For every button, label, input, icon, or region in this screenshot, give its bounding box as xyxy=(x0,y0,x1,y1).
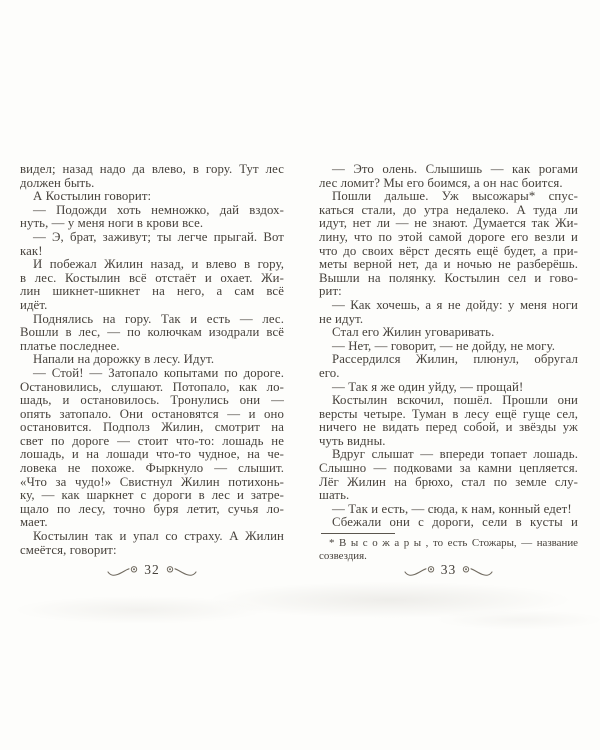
right-page-text: — Это олень. Слышишь — как рогамилес лом… xyxy=(319,163,578,530)
text-line: — Так я же один уйду, — прощай! xyxy=(319,381,578,395)
text-line: «Что за чудо!» Свистнул Жилин потихонь- xyxy=(20,476,284,490)
text-line: Слышно — подковами за камни цепляется. xyxy=(319,462,578,476)
text-line: Лёг Жилин на брюхо, стал по земле слу- xyxy=(319,476,578,490)
text-line: — Так и есть, — сюда, к нам, конный едет… xyxy=(319,503,578,517)
text-line: остановится. Подполз Жилин, смотрит на xyxy=(20,421,284,435)
text-line: Костылин вскочил, пошёл. Прошли они xyxy=(319,394,578,408)
text-line: — Это олень. Слышишь — как рогами xyxy=(319,163,578,177)
text-line: рит: xyxy=(319,285,578,299)
text-line: А Костылин говорит: xyxy=(20,190,284,204)
text-line: в лес. Костылин всё отстаёт и охает. Жи- xyxy=(20,272,284,286)
page-number: 33 xyxy=(440,563,458,577)
text-line: мает. xyxy=(20,516,284,530)
text-line: шадь, и остановилось. Тронулись они — xyxy=(20,394,284,408)
text-line: Вышли на полянку. Костылин сел и гово- xyxy=(319,272,578,286)
text-line: Напали на дорожку в лесу. Идут. xyxy=(20,353,284,367)
text-line: идут, нет ли — не знают. Думается так Жи… xyxy=(319,217,578,231)
text-line: Пошли дальше. Уж высожары* спус- xyxy=(319,190,578,204)
text-line: свет по дороге — стоит что-то: лошадь не xyxy=(20,435,284,449)
footnote-separator-rule xyxy=(321,533,395,534)
scan-noise-texture xyxy=(0,575,600,665)
text-line: — Стой! — Затопало копытами по дороге. xyxy=(20,367,284,381)
text-line: его. xyxy=(319,367,578,381)
text-line: Сбежали они с дороги, сели в кусты и xyxy=(319,516,578,530)
footer-flourish-right-icon xyxy=(459,563,493,577)
page-number: 32 xyxy=(143,563,161,577)
text-line: версты четыре. Туман в лесу ещё гуще сел… xyxy=(319,408,578,422)
text-line: меты верной нет, да и ночью не разберёшь… xyxy=(319,258,578,272)
text-line: Вдруг слышат — впереди топает лошадь. xyxy=(319,448,578,462)
text-line: видел; назад надо да влево, в гору. Тут … xyxy=(20,163,284,177)
text-line: платье последнее. xyxy=(20,340,284,354)
text-line: Рассердился Жилин, плюнул, обругал xyxy=(319,353,578,367)
text-line: шать. xyxy=(319,489,578,503)
text-line: Стал его Жилин уговаривать. xyxy=(319,326,578,340)
text-line: щало по лесу, точно буря летит, сучья ло… xyxy=(20,503,284,517)
right-page-footer: 33 xyxy=(319,560,578,580)
text-line: ловека не похоже. Фыркнуло — слышит. xyxy=(20,462,284,476)
text-line: — Как хочешь, а я не дойду: у меня ноги xyxy=(319,299,578,313)
left-page: видел; назад надо да влево, в гору. Тут … xyxy=(20,163,284,557)
text-line: лину, что по этой самой дороге его везли… xyxy=(319,231,578,245)
footnote-text: * В ы с о ж а р ы , то есть Стожары, — н… xyxy=(319,537,578,562)
text-line: нуть, — у меня ноги в крови все. xyxy=(20,217,284,231)
text-line: — Э, брат, заживут; ты легче прыгай. Вот xyxy=(20,231,284,245)
text-line: смеётся, говорит: xyxy=(20,544,284,558)
footer-flourish-left-icon xyxy=(404,563,438,577)
left-page-text: видел; назад надо да влево, в гору. Тут … xyxy=(20,163,284,557)
text-line: Остановились, слушают. Потопало, как ло- xyxy=(20,381,284,395)
text-line: не идут. xyxy=(319,313,578,327)
text-line: что до своих вёрст десять ещё будет, а п… xyxy=(319,245,578,259)
text-line: И побежал Жилин назад, и влево в гору, xyxy=(20,258,284,272)
text-line: — Нет, — говорит, — не дойду, не могу. xyxy=(319,340,578,354)
text-line: — Подожди хоть немножко, дай вздох- xyxy=(20,204,284,218)
text-line: идёт. xyxy=(20,299,284,313)
text-line: должен быть. xyxy=(20,177,284,191)
footnote: * В ы с о ж а р ы , то есть Стожары, — н… xyxy=(319,533,578,562)
text-line: чуть видны. xyxy=(319,435,578,449)
text-line: * В ы с о ж а р ы , то есть Стожары, — н… xyxy=(319,537,578,550)
text-line: Поднялись на гору. Так и есть — лес. xyxy=(20,313,284,327)
text-line: ку, — как шаркнет с дороги в лес и затре… xyxy=(20,489,284,503)
footer-flourish-right-icon xyxy=(163,563,197,577)
text-line: ничего не видать перед собой, и звёзды у… xyxy=(319,421,578,435)
left-page-footer: 32 xyxy=(20,560,284,580)
text-line: Костылин так и упал со страху. А Жилин xyxy=(20,530,284,544)
right-page: — Это олень. Слышишь — как рогамилес лом… xyxy=(319,163,578,562)
text-line: опять затопало. Они остановятся — и оно xyxy=(20,408,284,422)
text-line: как! xyxy=(20,245,284,259)
text-line: каться стали, до утра недалеко. А туда л… xyxy=(319,204,578,218)
text-line: лин шикнет-шикнет на него, а сам всё xyxy=(20,285,284,299)
text-line: лес ломит? Мы его боимся, а он нас боитс… xyxy=(319,177,578,191)
text-line: Вошли в лес, — по колючкам изодрали всё xyxy=(20,326,284,340)
text-line: лошадь, и на лошади что-то чудное, на че… xyxy=(20,448,284,462)
footer-flourish-left-icon xyxy=(107,563,141,577)
